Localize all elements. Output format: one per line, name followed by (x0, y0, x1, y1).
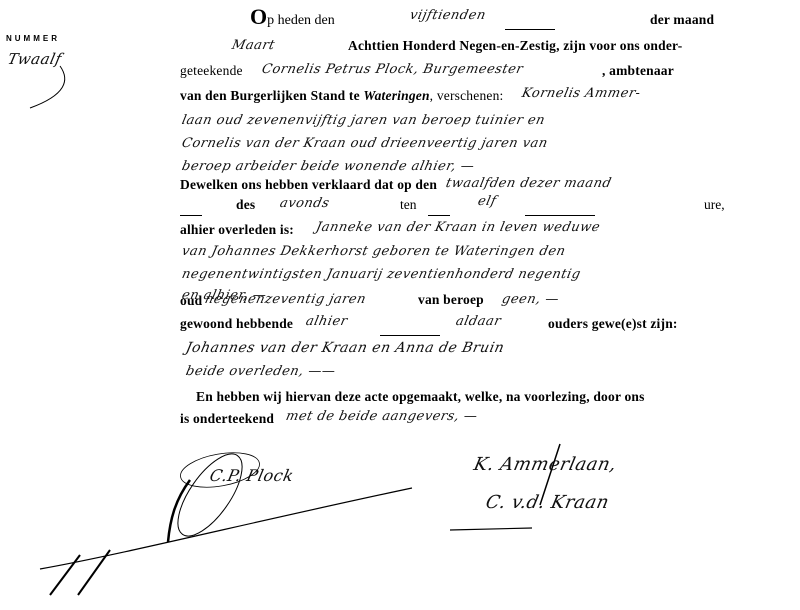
signature-flourishes (0, 0, 800, 610)
